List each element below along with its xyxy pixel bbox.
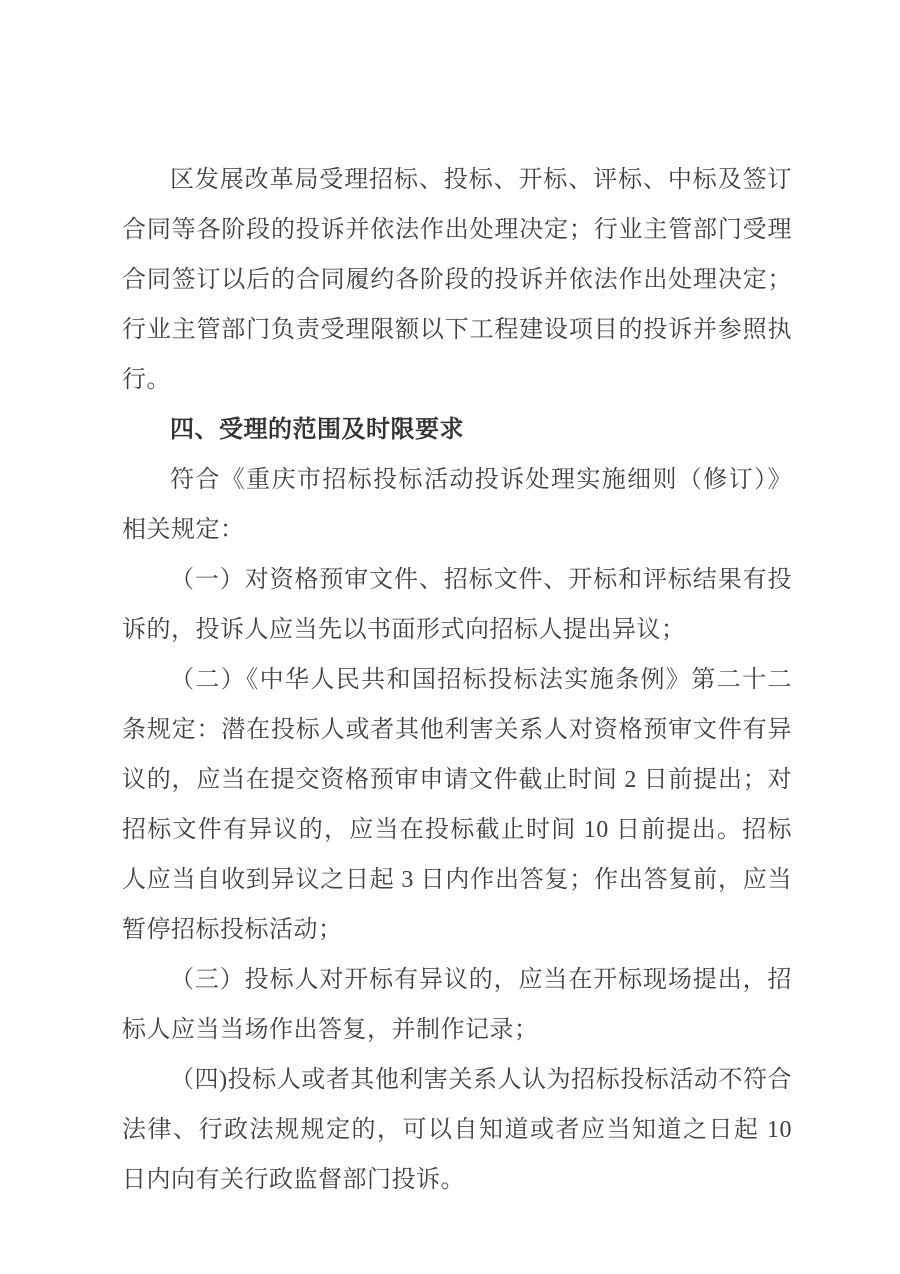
paragraph-item-4: （四)投标人或者其他利害关系人认为招标投标活动不符合法律、行政法规规定的，可以自… <box>122 1055 792 1205</box>
paragraph-applicable-rules-intro: 符合《重庆市招标投标活动投诉处理实施细则（修订）》相关规定： <box>122 455 792 555</box>
paragraph-jurisdiction: 区发展改革局受理招标、投标、开标、评标、中标及签订合同等各阶段的投诉并依法作出处… <box>122 155 792 405</box>
section-heading-scope-and-time-limits: 四、受理的范围及时限要求 <box>122 405 792 455</box>
document-content: 区发展改革局受理招标、投标、开标、评标、中标及签订合同等各阶段的投诉并依法作出处… <box>122 155 792 1205</box>
paragraph-item-2: （二）《中华人民共和国招标投标法实施条例》第二十二条规定：潜在投标人或者其他利害… <box>122 655 792 955</box>
paragraph-item-1: （一）对资格预审文件、招标文件、开标和评标结果有投诉的，投诉人应当先以书面形式向… <box>122 555 792 655</box>
paragraph-item-3: （三）投标人对开标有异议的，应当在开标现场提出，招标人应当当场作出答复，并制作记… <box>122 955 792 1055</box>
document-page: 区发展改革局受理招标、投标、开标、评标、中标及签订合同等各阶段的投诉并依法作出处… <box>0 0 900 1274</box>
